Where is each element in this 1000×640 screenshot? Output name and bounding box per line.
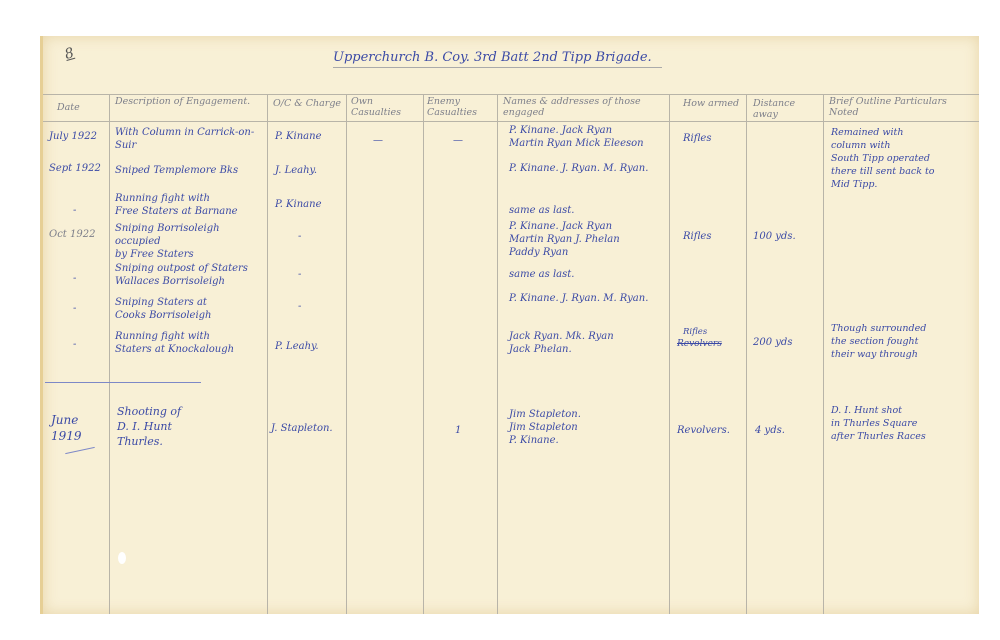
column-divider [267, 94, 268, 614]
row-description: Running fight with Free Staters at Barna… [115, 192, 265, 218]
column-header-oc: O/C & Charge [273, 98, 343, 109]
row-date: Sept 1922 [49, 162, 101, 175]
row-oc: J. Leahy. [275, 164, 317, 177]
row-distance: 4 yds. [755, 424, 785, 437]
column-header-distance: Distance away [753, 98, 819, 120]
column-header-names: Names & addresses of those engaged [503, 96, 663, 118]
row-oc: - [298, 268, 301, 281]
row-distance: 200 yds [753, 336, 792, 349]
row-description: Sniping outpost of Staters Wallaces Borr… [115, 262, 267, 288]
row-date: June 1919 [51, 412, 99, 444]
row-names: same as last. [509, 204, 669, 217]
row-date: Oct 1922 [49, 228, 95, 241]
row-oc: J. Stapleton. [271, 422, 333, 435]
document-title: Upperchurch B. Coy. 3rd Batt 2nd Tipp Br… [333, 50, 662, 68]
row-names: P. Kinane. J. Ryan. M. Ryan. [509, 292, 669, 305]
row-armed: Rifles [683, 230, 711, 243]
row-names: Jack Ryan. Mk. Ryan Jack Phelan. [509, 330, 669, 356]
row-names: Jim Stapleton. Jim Stapleton P. Kinane. [509, 408, 669, 447]
row-oc: P. Kinane [275, 130, 322, 143]
row-description: With Column in Carrick-on-Suir [115, 126, 265, 152]
column-divider [109, 94, 110, 614]
row-description: Running fight with Staters at Knockaloug… [115, 330, 267, 356]
column-header-date: Date [57, 102, 80, 113]
row-oc: - [298, 300, 301, 313]
date-underline [65, 447, 95, 454]
row-names: same as last. [509, 268, 669, 281]
header-bottom-rule [43, 121, 979, 122]
row-description: Shooting of D. I. Hunt Thurles. [117, 404, 267, 449]
row-description: Sniped Templemore Bks [115, 164, 265, 177]
column-header-enemy-casualties: Enemy Casualties [427, 96, 497, 118]
row-armed-struck: Revolvers [677, 338, 722, 351]
row-oc: P. Kinane [275, 198, 322, 211]
row-date: - [73, 338, 76, 351]
column-header-particulars: Brief Outline Particulars Noted [829, 96, 969, 118]
column-divider [423, 94, 424, 614]
column-header-description: Description of Engagement. [115, 96, 255, 107]
section-separator [45, 382, 201, 383]
row-distance: 100 yds. [753, 230, 796, 243]
page-number: 8 [63, 45, 76, 63]
column-divider [346, 94, 347, 614]
row-enemy-casualties: 1 [455, 424, 461, 437]
column-divider [823, 94, 824, 614]
row-names: P. Kinane. J. Ryan. M. Ryan. [509, 162, 669, 175]
column-header-armed: How armed [683, 98, 743, 109]
row-oc: - [298, 230, 301, 243]
column-divider [497, 94, 498, 614]
row-armed: Revolvers. [677, 424, 730, 437]
row-date: - [73, 302, 76, 315]
document-sheet: 8 Upperchurch B. Coy. 3rd Batt 2nd Tipp … [40, 36, 979, 614]
header-top-rule [43, 94, 979, 95]
row-own-casualties: — [373, 134, 383, 147]
row-particulars: D. I. Hunt shot in Thurles Square after … [831, 404, 976, 443]
row-particulars: Remained with column with South Tipp ope… [831, 126, 976, 191]
row-particulars: Though surrounded the section fought the… [831, 322, 976, 361]
column-divider [669, 94, 670, 614]
row-description: Sniping Staters at Cooks Borrisoleigh [115, 296, 267, 322]
row-date: July 1922 [49, 130, 97, 143]
row-oc: P. Leahy. [275, 340, 319, 353]
row-enemy-casualties: — [453, 134, 463, 147]
row-armed: Rifles [683, 132, 711, 145]
row-names: P. Kinane. Jack Ryan Martin Ryan Mick El… [509, 124, 669, 150]
row-date: - [73, 204, 76, 217]
row-names: P. Kinane. Jack Ryan Martin Ryan J. Phel… [509, 220, 669, 259]
row-description: Sniping Borrisoleigh occupied by Free St… [115, 222, 267, 261]
punch-hole [118, 552, 126, 564]
column-divider [746, 94, 747, 614]
column-header-own-casualties: Own Casualties [351, 96, 421, 118]
row-date: - [73, 272, 76, 285]
